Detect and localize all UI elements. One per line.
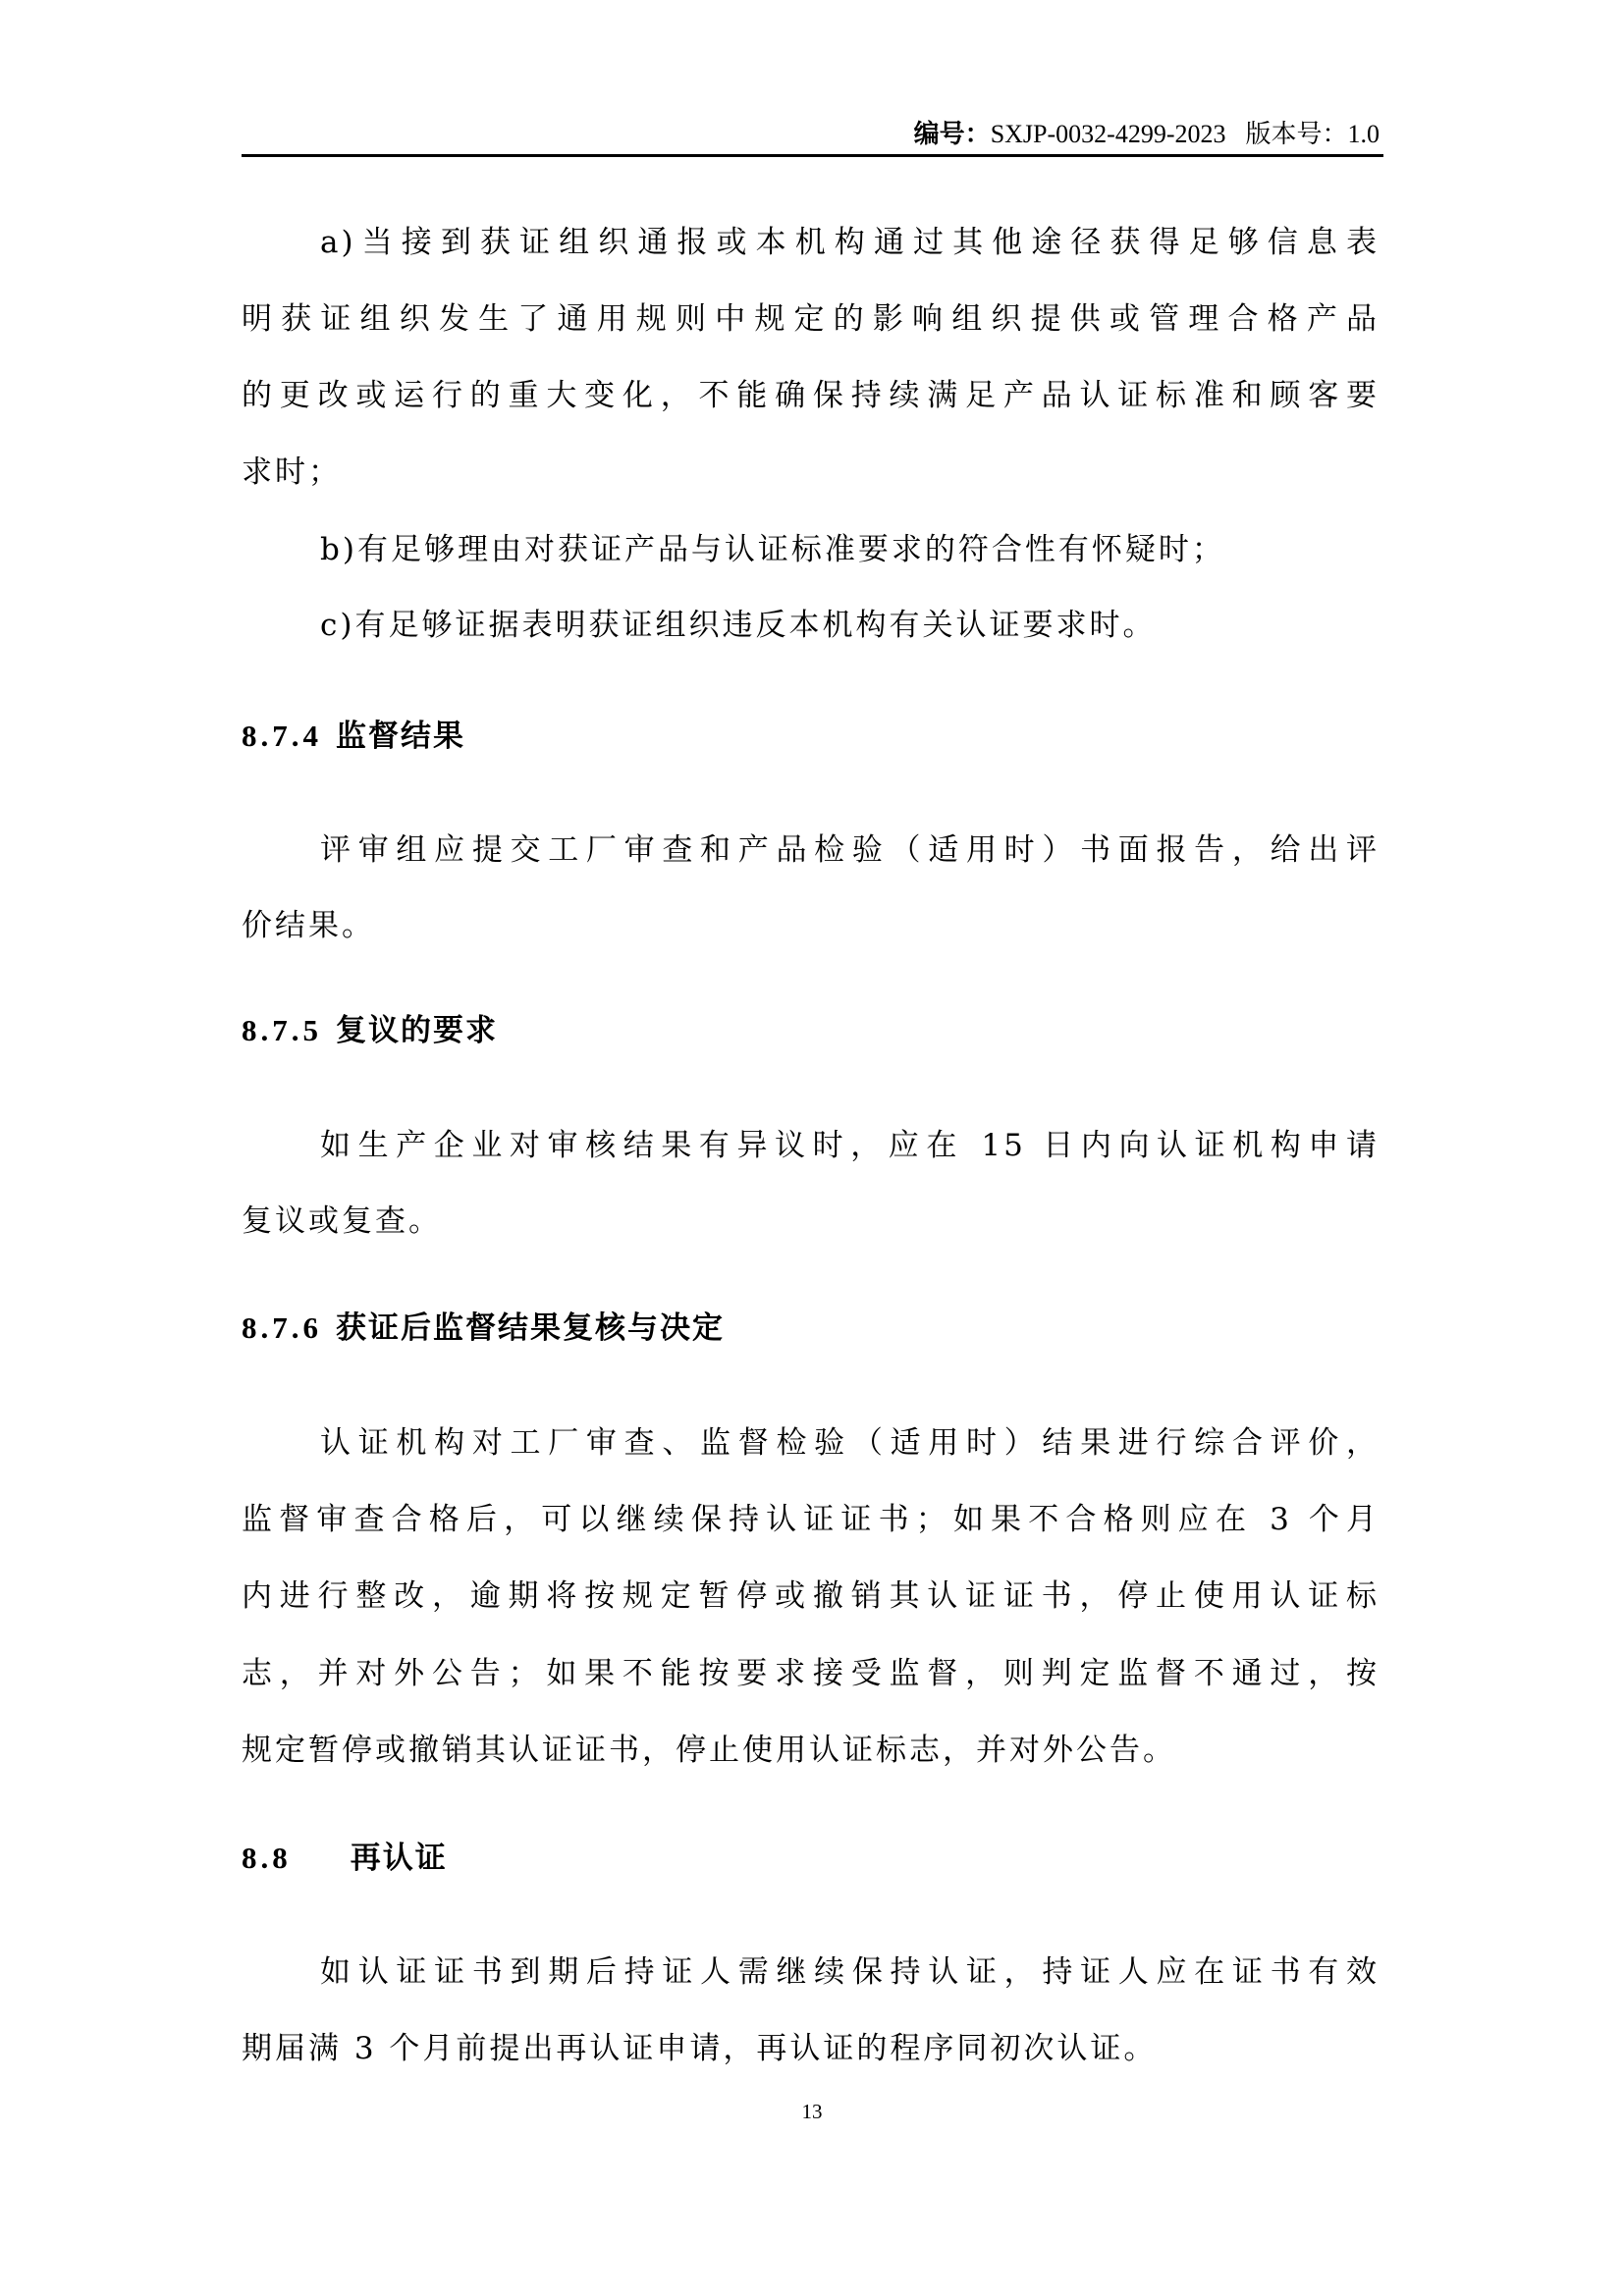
heading-8-8: 8.8再认证	[242, 1837, 448, 1880]
section-8-8-line-1: 如认证证书到期后持证人需继续保持认证，持证人应在证书有效	[320, 1950, 1380, 1994]
clause-b: b)有足够理由对获证产品与认证标准要求的符合性有怀疑时；	[320, 528, 1380, 571]
heading-title: 再认证	[351, 1841, 448, 1876]
heading-8-7-5: 8.7.5复议的要求	[242, 1009, 498, 1052]
heading-title: 复议的要求	[336, 1013, 498, 1048]
heading-8-7-6: 8.7.6获证后监督结果复核与决定	[242, 1307, 725, 1350]
section-8-7-5-line-1: 如生产企业对审核结果有异议时，应在 15 日内向认证机构申请	[320, 1124, 1380, 1167]
version-number: 1.0	[1348, 120, 1380, 148]
section-8-7-6-line-5: 规定暂停或撤销其认证证书，停止使用认证标志，并对外公告。	[242, 1729, 1380, 1772]
section-8-7-6-line-4: 志，并对外公告；如果不能按要求接受监督，则判定监督不通过，按	[242, 1652, 1380, 1695]
section-8-7-5-line-2: 复议或复查。	[242, 1200, 1380, 1243]
section-8-7-6-line-3: 内进行整改，逾期将按规定暂停或撤销其认证证书，停止使用认证标	[242, 1575, 1380, 1618]
clause-a-line-1: a)当接到获证组织通报或本机构通过其他途径获得足够信息表	[320, 221, 1380, 264]
clause-a-line-3: 的更改或运行的重大变化，不能确保持续满足产品认证标准和顾客要	[242, 374, 1380, 417]
doc-number-label: 编号：	[914, 120, 991, 149]
heading-number: 8.8	[242, 1841, 292, 1875]
heading-number: 8.7.4	[242, 719, 322, 753]
clause-a-line-2: 明获证组织发生了通用规则中规定的影响组织提供或管理合格产品	[242, 297, 1380, 341]
document-page: 编号：SXJP-0032-4299-2023版本号：1.0 a)当接到获证组织通…	[0, 0, 1624, 2296]
heading-title: 监督结果	[336, 719, 465, 754]
section-8-7-4-line-2: 价结果。	[242, 904, 1380, 947]
section-8-8-line-2: 期届满 3 个月前提出再认证申请，再认证的程序同初次认证。	[242, 2027, 1380, 2070]
version-label: 版本号：	[1245, 120, 1347, 148]
header-rule	[242, 154, 1383, 157]
heading-title: 获证后监督结果复核与决定	[336, 1310, 725, 1346]
clause-a-line-4: 求时；	[242, 451, 1380, 494]
section-8-7-6-line-1: 认证机构对工厂审查、监督检验（适用时）结果进行综合评价，	[320, 1421, 1380, 1465]
heading-number: 8.7.6	[242, 1310, 322, 1345]
section-8-7-4-line-1: 评审组应提交工厂审查和产品检验（适用时）书面报告，给出评	[320, 828, 1380, 872]
section-8-7-6-line-2: 监督审查合格后，可以继续保持认证证书；如果不合格则应在 3 个月	[242, 1498, 1380, 1541]
doc-number: SXJP-0032-4299-2023	[991, 120, 1226, 148]
page-number: 13	[0, 2099, 1624, 2124]
heading-8-7-4: 8.7.4监督结果	[242, 715, 465, 758]
page-header: 编号：SXJP-0032-4299-2023版本号：1.0	[914, 116, 1380, 153]
clause-c: c)有足够证据表明获证组织违反本机构有关认证要求时。	[320, 604, 1380, 647]
heading-number: 8.7.5	[242, 1013, 322, 1047]
